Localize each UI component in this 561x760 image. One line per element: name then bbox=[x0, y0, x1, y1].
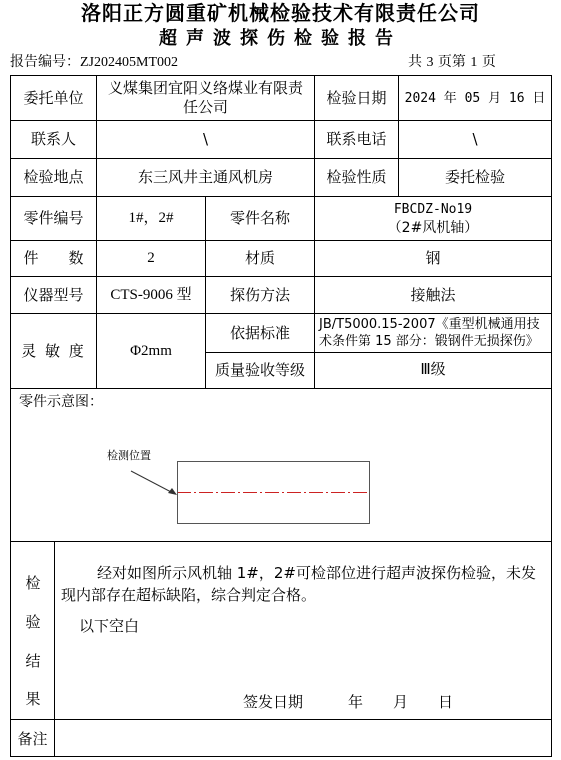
quantity-label: 件 数 bbox=[11, 241, 97, 277]
page-prefix: 共 bbox=[408, 54, 422, 70]
results-body: 经对如图所示风机轴 1#，2#可检部位进行超声波探伤检验，未发现内部存在超标缺陷… bbox=[55, 542, 551, 720]
quantity-value: 2 bbox=[97, 241, 206, 277]
report-title: 超声波探伤检验报告 bbox=[0, 27, 561, 51]
page-total: 3 bbox=[426, 55, 433, 70]
standard-label: 依据标准 bbox=[206, 314, 315, 353]
part-no-label: 零件编号 bbox=[11, 197, 97, 241]
inspection-date-label: 检验日期 bbox=[315, 76, 399, 121]
phone-value: \ bbox=[399, 121, 551, 159]
part-name-value: FBCDZ-No19 （2#风机轴） bbox=[315, 197, 551, 241]
page-suffix: 页 bbox=[482, 54, 496, 70]
contact-value: \ bbox=[97, 121, 315, 159]
material-label: 材质 bbox=[206, 241, 315, 277]
nature-label: 检验性质 bbox=[315, 159, 399, 197]
report-table: 委托单位 义煤集团宜阳义络煤业有限责任公司 检验日期 2024 年 05 月 1… bbox=[10, 75, 552, 757]
sign-date: 签发日期 年 月 日 bbox=[243, 691, 453, 712]
client-label: 委托单位 bbox=[11, 76, 97, 121]
phone-label: 联系电话 bbox=[315, 121, 399, 159]
sensitivity-label: 灵 敏 度 bbox=[11, 314, 97, 389]
report-number-value: ZJ202405MT002 bbox=[80, 55, 178, 70]
page-current: 1 bbox=[470, 55, 477, 70]
shaft-outline bbox=[177, 461, 370, 524]
method-value: 接触法 bbox=[315, 277, 551, 314]
location-label: 检验地点 bbox=[11, 159, 97, 197]
results-label: 检 验 结 果 bbox=[11, 542, 55, 720]
results-paragraph: 经对如图所示风机轴 1#，2#可检部位进行超声波探伤检验，未发现内部存在超标缺陷… bbox=[61, 562, 547, 606]
part-name-line2: （2#风机轴） bbox=[388, 219, 479, 238]
material-value: 钢 bbox=[315, 241, 551, 277]
client-value: 义煤集团宜阳义络煤业有限责任公司 bbox=[97, 76, 315, 121]
sensitivity-value: Φ2mm bbox=[97, 314, 206, 389]
report-number: 报告编号：ZJ202405MT002 bbox=[10, 52, 178, 73]
grade-value: Ⅲ级 bbox=[315, 353, 551, 389]
instrument-value: CTS-9006 型 bbox=[97, 277, 206, 314]
part-no-value: 1#，2# bbox=[97, 197, 206, 241]
results-char-1: 检 bbox=[11, 572, 55, 593]
inspection-date-value: 2024 年 05 月 16 日 bbox=[399, 76, 551, 121]
company-name: 洛阳正方圆重矿机械检验技术有限责任公司 bbox=[0, 0, 561, 26]
remarks-value bbox=[55, 720, 551, 757]
part-diagram: 零件示意图： 检测位置 bbox=[11, 389, 551, 542]
results-char-4: 果 bbox=[11, 688, 55, 709]
contact-label: 联系人 bbox=[11, 121, 97, 159]
grade-label: 质量验收等级 bbox=[206, 353, 315, 389]
results-char-3: 结 bbox=[11, 650, 55, 671]
page-mid: 页第 bbox=[438, 54, 466, 70]
instrument-label: 仪器型号 bbox=[11, 277, 97, 314]
report-number-label: 报告编号： bbox=[10, 54, 80, 70]
location-value: 东三风井主通风机房 bbox=[97, 159, 315, 197]
standard-value: JB/T5000.15-2007《重型机械通用技术条件第 15 部分：锻钢件无损… bbox=[315, 314, 551, 353]
blank-note: 以下空白 bbox=[79, 615, 139, 636]
nature-value: 委托检验 bbox=[399, 159, 551, 197]
remarks-label: 备注 bbox=[11, 720, 55, 757]
method-label: 探伤方法 bbox=[206, 277, 315, 314]
page-info: 共 3 页第 1 页 bbox=[408, 52, 496, 73]
part-name-label: 零件名称 bbox=[206, 197, 315, 241]
results-char-2: 验 bbox=[11, 611, 55, 632]
part-name-line1: FBCDZ-No19 bbox=[394, 200, 472, 219]
